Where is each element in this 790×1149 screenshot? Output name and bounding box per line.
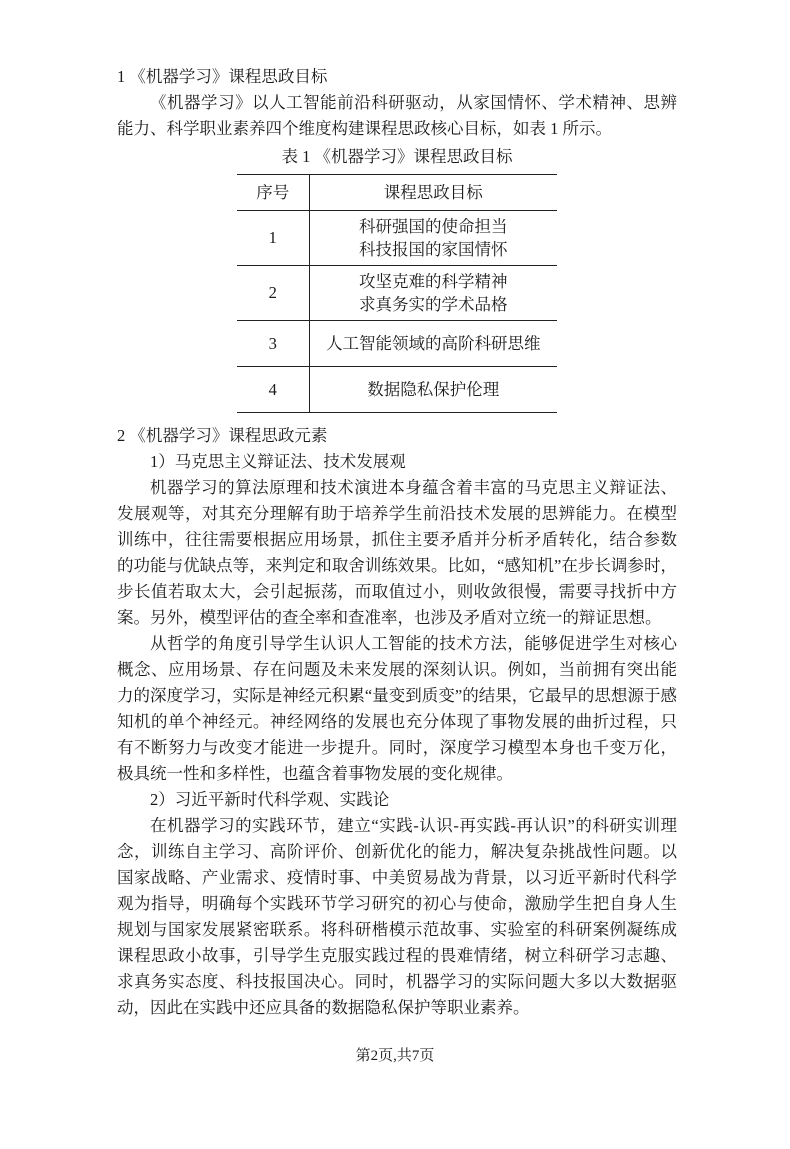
row-goal: 数据隐私保护伦理 <box>309 367 557 413</box>
row-goal: 人工智能领域的高阶科研思维 <box>309 321 557 367</box>
row-index: 1 <box>237 211 309 266</box>
section2-paragraph-1: 机器学习的算法原理和技术演进本身蕴含着丰富的马克思主义辩证法、发展观等，对其充分… <box>117 475 677 631</box>
section2-sub2-heading: 2）习近平新时代科学观、实践论 <box>117 787 677 813</box>
section1-heading: 1 《机器学习》课程思政目标 <box>117 64 677 90</box>
table1-caption: 表 1 《机器学习》课程思政目标 <box>117 144 677 170</box>
section2-heading: 2 《机器学习》课程思政元素 <box>117 423 677 449</box>
table-row: 1 科研强国的使命担当 科技报国的家国情怀 <box>237 211 557 266</box>
row-index: 3 <box>237 321 309 367</box>
section2-paragraph-3: 在机器学习的实践环节，建立“实践-认识-再实践-再认识”的科研实训理念，训练自主… <box>117 813 677 1021</box>
goal-line: 攻坚克难的科学精神 <box>316 270 552 293</box>
goal-line: 科技报国的家国情怀 <box>316 238 552 261</box>
goal-line: 求真务实的学术品格 <box>316 293 552 316</box>
col-header-index: 序号 <box>237 175 309 211</box>
table-header-row: 序号 课程思政目标 <box>237 175 557 211</box>
row-index: 4 <box>237 367 309 413</box>
row-index: 2 <box>237 266 309 321</box>
goal-line: 人工智能领域的高阶科研思维 <box>316 332 552 355</box>
row-goal: 攻坚克难的科学精神 求真务实的学术品格 <box>309 266 557 321</box>
table-row: 2 攻坚克难的科学精神 求真务实的学术品格 <box>237 266 557 321</box>
section2-sub1-heading: 1）马克思主义辩证法、技术发展观 <box>117 449 677 475</box>
goal-line: 数据隐私保护伦理 <box>316 378 552 401</box>
goal-line: 科研强国的使命担当 <box>316 215 552 238</box>
section2-paragraph-2: 从哲学的角度引导学生认识人工智能的技术方法，能够促进学生对核心概念、应用场景、存… <box>117 631 677 787</box>
table-row: 4 数据隐私保护伦理 <box>237 367 557 413</box>
col-header-goal: 课程思政目标 <box>309 175 557 211</box>
page-number-footer: 第2页,共7页 <box>0 1044 790 1065</box>
section1-intro-paragraph: 《机器学习》以人工智能前沿科研驱动，从家国情怀、学术精神、思辨能力、科学职业素养… <box>117 90 677 142</box>
course-goals-table: 序号 课程思政目标 1 科研强国的使命担当 科技报国的家国情怀 2 攻坚克难的科… <box>237 174 557 413</box>
document-body: 1 《机器学习》课程思政目标 《机器学习》以人工智能前沿科研驱动，从家国情怀、学… <box>117 64 677 1021</box>
table-row: 3 人工智能领域的高阶科研思维 <box>237 321 557 367</box>
row-goal: 科研强国的使命担当 科技报国的家国情怀 <box>309 211 557 266</box>
